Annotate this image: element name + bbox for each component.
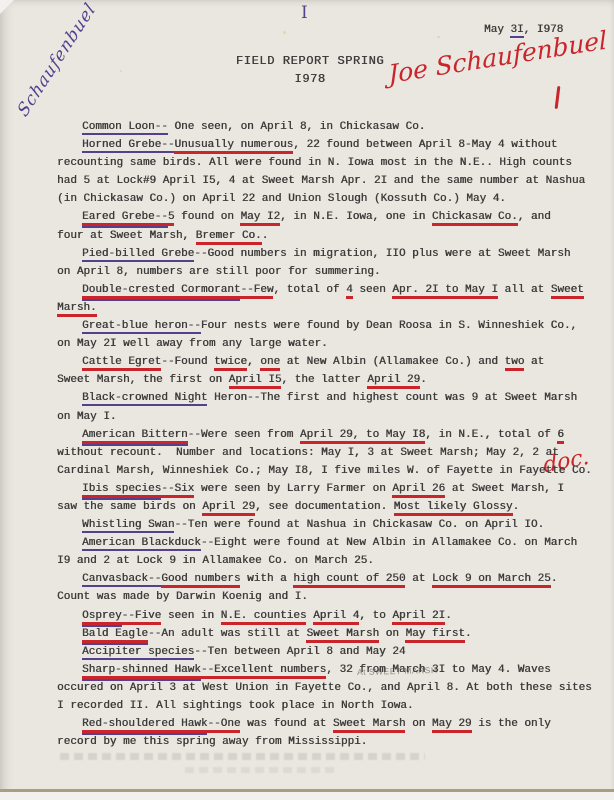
text-segment: was found at xyxy=(240,718,332,730)
report-line: saw the same birds on April 29, see docu… xyxy=(57,498,597,516)
text-segment: seen in xyxy=(161,610,220,622)
text-segment: --Ten were found at Nashua in Chickasaw … xyxy=(174,519,544,531)
text-segment: . xyxy=(445,610,452,622)
underlined-text: May first xyxy=(405,628,464,643)
underlined-text: --One xyxy=(207,718,240,733)
text-segment: were seen by Larry Farmer on xyxy=(194,483,392,495)
underlined-text: American Blackduck xyxy=(82,537,201,551)
underlined-text: Double-crested Cormorant xyxy=(82,284,240,299)
report-line: on May I. xyxy=(57,408,597,426)
text-segment: , the latter xyxy=(281,374,367,386)
report-line: Accipiter species--Ten between April 8 a… xyxy=(57,643,597,661)
report-line: American Blackduck--Eight were found at … xyxy=(57,534,597,552)
text-segment: , 32 from March 3I to May 4. Waves xyxy=(326,664,550,676)
underlined-text: May 29 xyxy=(432,718,472,733)
underlined-text: Great-blue heron-- xyxy=(82,320,201,334)
report-body: Common Loon-- One seen, on April 8, in C… xyxy=(57,118,597,751)
text-segment: on April 8, numbers are still poor for s… xyxy=(57,266,380,278)
paper-speck xyxy=(283,31,286,34)
text-segment: , in N.E. Iowa, one in xyxy=(280,211,432,223)
report-title-year: I978 xyxy=(0,72,614,86)
underlined-text: April 2I xyxy=(392,610,445,625)
text-segment: Four nests were found by Dean Roosa in S… xyxy=(201,320,577,332)
underlined-text: April 4 xyxy=(313,610,359,625)
text-segment: --Found xyxy=(161,356,214,368)
text-segment: , xyxy=(247,356,260,368)
text-segment: , total of xyxy=(273,284,346,296)
underlined-text: American Bittern xyxy=(82,429,188,444)
report-line: Cardinal Marsh, Winneshiek Co.; May I8, … xyxy=(57,462,597,480)
underlined-text: one xyxy=(260,356,280,371)
report-line: without recount. Number and locations: M… xyxy=(57,444,597,462)
underlined-text: Accipiter species xyxy=(82,646,194,660)
report-line: Sweet Marsh, the first on April I5, the … xyxy=(57,371,597,389)
red-pen-stroke xyxy=(555,86,561,109)
text-segment: Sweet Marsh, the first on xyxy=(57,374,229,386)
report-line: Cattle Egret--Found twice, one at New Al… xyxy=(57,353,597,371)
underlined-text: N.E. counties xyxy=(221,610,307,625)
document-page: I May 3I, I978 FIELD REPORT SPRING I978 … xyxy=(0,0,614,800)
underlined-text: Cattle Egret xyxy=(82,356,161,371)
report-line: Great-blue heron--Four nests were found … xyxy=(57,317,597,335)
text-segment: on xyxy=(405,718,431,730)
text-segment: without recount. Number and locations: M… xyxy=(57,447,559,459)
text-segment: --An adult was still at xyxy=(148,628,306,640)
text-segment: on xyxy=(379,628,405,640)
underlined-text: Sweet xyxy=(551,284,584,299)
paper-speck xyxy=(437,36,440,38)
text-segment: four at Sweet Marsh, xyxy=(57,230,196,242)
underlined-text: high count of 250 xyxy=(293,573,405,588)
report-line: Red-shouldered Hawk--One was found at Sw… xyxy=(57,715,597,733)
text-segment: on May I. xyxy=(57,411,116,423)
report-line: (in Chickasaw Co.) on April 22 and Union… xyxy=(57,190,597,208)
report-line: Canvasback--Good numbers with a high cou… xyxy=(57,570,597,588)
text-segment: , 22 found between April 8-May 4 without xyxy=(293,139,557,151)
report-line: recounting same birds. All were found in… xyxy=(57,154,597,172)
underlined-text: Osprey xyxy=(82,610,122,625)
underlined-text: Whistling Swan xyxy=(82,519,174,533)
report-line: occured on April 3 at West Union in Faye… xyxy=(57,679,597,697)
underlined-text: two xyxy=(505,356,525,371)
report-line: Double-crested Cormorant--Few, total of … xyxy=(57,281,597,299)
text-segment: Count was made by Darwin Koenig and I. xyxy=(57,591,308,603)
text-segment: , in N.E., total of xyxy=(425,429,557,441)
text-segment: One seen, on April 8, in Chickasaw Co. xyxy=(168,121,425,133)
underlined-text: Sharp-shinned Hawk xyxy=(82,664,201,679)
text-segment: saw the same birds on xyxy=(57,501,202,513)
text-segment: with a xyxy=(240,573,293,585)
report-line: Bald Eagle--An adult was still at Sweet … xyxy=(57,625,597,643)
underlined-text: Horned Grebe-- xyxy=(82,139,174,153)
text-segment: . xyxy=(465,628,472,640)
underlined-text: twice xyxy=(214,356,247,371)
underlined-text: April 29 xyxy=(202,501,255,516)
report-line: Pied-billed Grebe--Good numbers in migra… xyxy=(57,245,597,263)
text-segment: at Sweet Marsh, I xyxy=(445,483,564,495)
text-segment: Heron--The first and highest count was 9… xyxy=(207,392,577,404)
underlined-text: 6 xyxy=(557,429,564,444)
underlined-text: Red-shouldered Hawk xyxy=(82,718,207,733)
report-line: Horned Grebe--Unusually numerous, 22 fou… xyxy=(57,136,597,154)
underlined-text: April I5 xyxy=(229,374,282,389)
report-line: on May 2I well away from any large water… xyxy=(57,335,597,353)
text-segment: on May 2I well away from any large water… xyxy=(57,338,328,350)
text-segment: occured on April 3 at West Union in Faye… xyxy=(57,682,592,694)
report-line: had 5 at Lock#9 April I5, 4 at Sweet Mar… xyxy=(57,172,597,190)
underlined-text: --Six xyxy=(161,483,194,498)
underlined-text: Sweet Marsh xyxy=(306,628,379,643)
underlined-text: --Excellent numbers xyxy=(201,664,326,679)
report-line: American Bittern--Were seen from April 2… xyxy=(57,426,597,444)
underlined-text: April 29, to May I8 xyxy=(300,429,425,444)
text-segment: I recorded II. All sightings took place … xyxy=(57,700,413,712)
text-segment: , see documentation. xyxy=(255,501,394,513)
bleed-through-smudge xyxy=(185,767,335,773)
text-segment: . xyxy=(262,230,269,242)
underlined-text: --Five xyxy=(122,610,162,625)
report-line: Whistling Swan--Ten were found at Nashua… xyxy=(57,516,597,534)
text-segment: , to xyxy=(359,610,392,622)
underlined-text: Apr. 2I to May I xyxy=(392,284,498,299)
underlined-text: --Few xyxy=(240,284,273,299)
text-segment: (in Chickasaw Co.) on April 22 and Union… xyxy=(57,193,506,205)
underlined-text: May I2 xyxy=(240,211,280,226)
date-underlined-text: 3I xyxy=(510,24,523,38)
underlined-text: Most likely Glossy xyxy=(394,501,513,516)
report-line: Eared Grebe--5 found on May I2, in N.E. … xyxy=(57,208,597,226)
underlined-text: Lock 9 on March 25 xyxy=(432,573,551,588)
text-segment: all at xyxy=(498,284,551,296)
text-segment: recounting same birds. All were found in… xyxy=(57,157,572,169)
underlined-text: 4 xyxy=(346,284,353,299)
underlined-text: Black-crowned Night xyxy=(82,392,207,406)
text-segment: found on xyxy=(174,211,240,223)
text-segment: --Eight were found at New Albin in Allam… xyxy=(201,537,577,549)
underlined-text: Good numbers xyxy=(161,573,240,588)
underlined-text: Sweet Marsh xyxy=(333,718,406,733)
report-line: on April 8, numbers are still poor for s… xyxy=(57,263,597,281)
text-segment: --Were seen from xyxy=(188,429,300,441)
text-segment: I9 and 2 at Lock 9 in Allamakee Co. on M… xyxy=(57,555,374,567)
report-line: I9 and 2 at Lock 9 in Allamakee Co. on M… xyxy=(57,552,597,570)
underlined-text: Common Loon-- xyxy=(82,121,168,135)
text-segment: --Good numbers in migration, IIO plus we… xyxy=(194,248,570,260)
text-segment: at New Albin (Allamakee Co.) and xyxy=(280,356,504,368)
bleed-through-smudge xyxy=(60,753,425,760)
text-segment: --Ten between April 8 and May 24 xyxy=(194,646,405,658)
text-segment: at xyxy=(405,573,431,585)
report-line: four at Sweet Marsh, Bremer Co.. xyxy=(57,227,597,245)
report-line: Marsh. xyxy=(57,299,597,317)
text-segment: . xyxy=(420,374,427,386)
text-segment: . xyxy=(551,573,558,585)
date-text: May xyxy=(484,24,510,36)
underlined-text: Ibis species xyxy=(82,483,161,498)
text-segment: is the only xyxy=(472,718,551,730)
text-segment: at xyxy=(524,356,544,368)
underlined-text: Unusually numerous xyxy=(174,139,293,154)
report-line: Osprey--Five seen in N.E. counties April… xyxy=(57,607,597,625)
underlined-text: Chickasaw Co. xyxy=(432,211,518,226)
underlined-text: Pied-billed Grebe xyxy=(82,248,194,262)
text-segment: . xyxy=(513,501,520,513)
report-line: Sharp-shinned Hawk--Excellent numbers, 3… xyxy=(57,661,597,679)
scan-background xyxy=(0,792,614,800)
text-segment: seen xyxy=(353,284,393,296)
report-line: Common Loon-- One seen, on April 8, in C… xyxy=(57,118,597,136)
page-corner xyxy=(0,0,14,14)
report-line: Ibis species--Six were seen by Larry Far… xyxy=(57,480,597,498)
underlined-text: April 29 xyxy=(367,374,420,389)
report-line: Black-crowned Night Heron--The first and… xyxy=(57,389,597,407)
underlined-text: Bremer Co. xyxy=(196,230,262,245)
text-segment: had 5 at Lock#9 April I5, 4 at Sweet Mar… xyxy=(57,175,585,187)
underlined-text: Canvasback-- xyxy=(82,573,161,587)
text-segment: record by me this spring away from Missi… xyxy=(57,736,367,748)
report-line: Count was made by Darwin Koenig and I. xyxy=(57,588,597,606)
underlined-text: Eared Grebe-- xyxy=(82,211,168,226)
report-line: I recorded II. All sightings took place … xyxy=(57,697,597,715)
page-number: I xyxy=(301,3,308,23)
underlined-text: Marsh. xyxy=(57,302,97,317)
report-line: record by me this spring away from Missi… xyxy=(57,733,597,751)
underlined-text: April 26 xyxy=(392,483,445,498)
underlined-text: Bald Eagle xyxy=(82,628,148,643)
text-segment: , and xyxy=(518,211,551,223)
text-segment: Cardinal Marsh, Winneshiek Co.; May I8, … xyxy=(57,465,592,477)
